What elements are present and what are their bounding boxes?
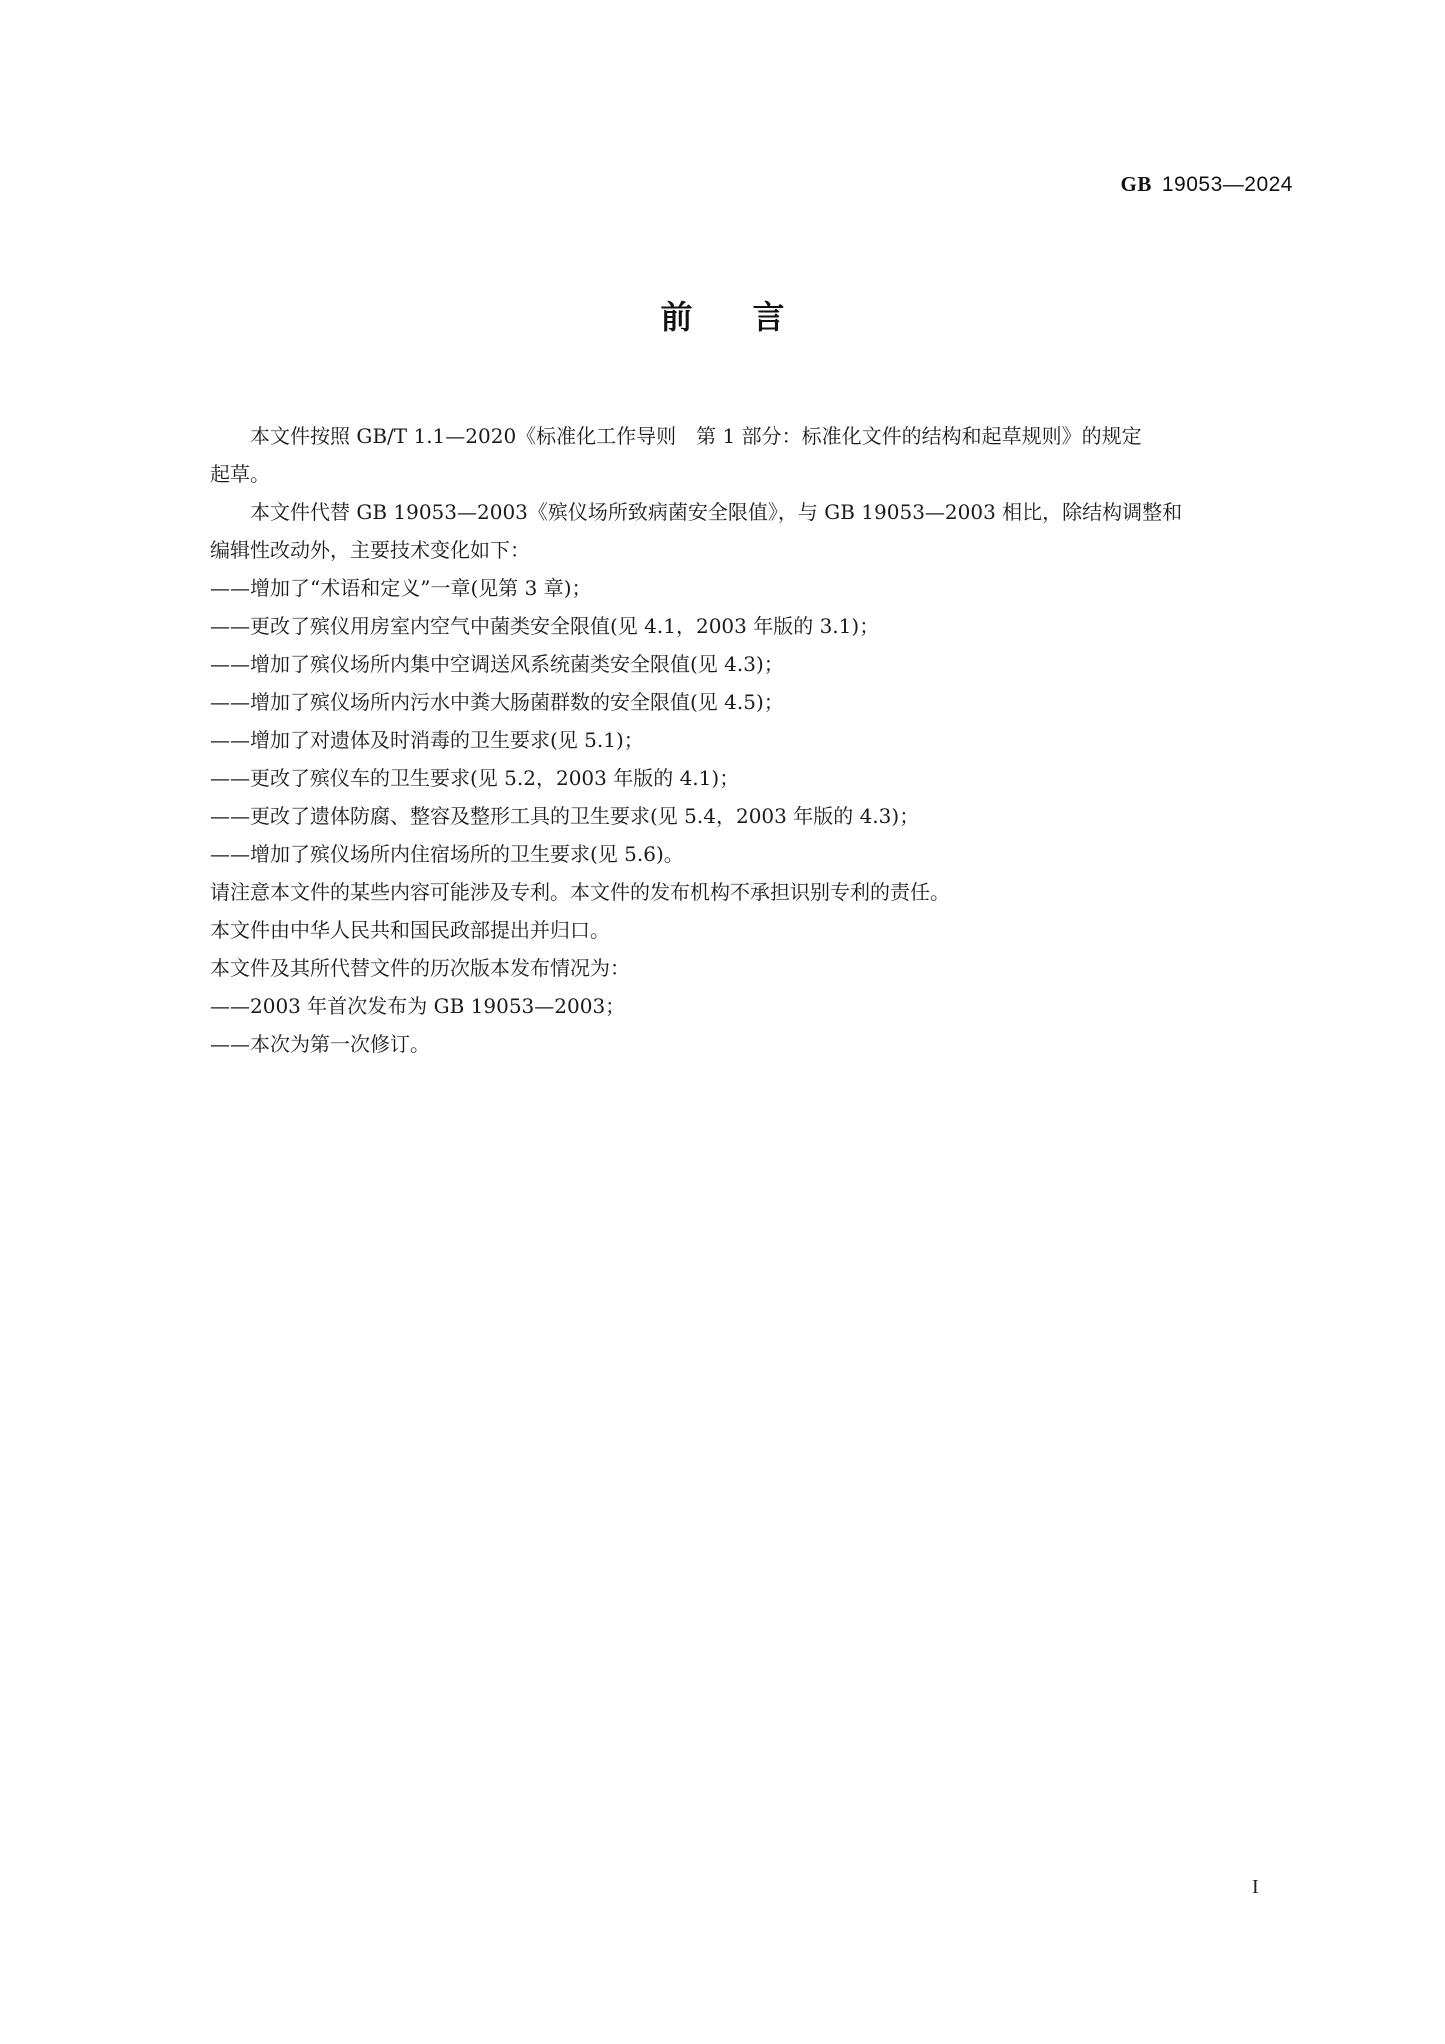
history-list: ——2003 年首次发布为 GB 19053—2003； ——本次为第一次修订。 [210, 987, 1292, 1063]
change-item: ——更改了殡仪用房室内空气中菌类安全限值(见 4.1，2003 年版的 3.1)… [210, 607, 1292, 645]
change-item: ——增加了殡仪场所内集中空调送风系统菌类安全限值(见 4.3)； [210, 645, 1292, 683]
changes-list: ——增加了“术语和定义”一章(见第 3 章)； ——更改了殡仪用房室内空气中菌类… [210, 569, 1292, 873]
notice-history-intro: 本文件及其所代替文件的历次版本发布情况为： [210, 949, 1292, 987]
notice-proposer: 本文件由中华人民共和国民政部提出并归口。 [210, 911, 1292, 949]
change-item: ——更改了殡仪车的卫生要求(见 5.2，2003 年版的 4.1)； [210, 759, 1292, 797]
change-item: ——增加了“术语和定义”一章(见第 3 章)； [210, 569, 1292, 607]
foreword-body: 本文件按照 GB/T 1.1—2020《标准化工作导则 第 1 部分：标准化文件… [210, 417, 1292, 1063]
paragraph-replacement: 本文件代替 GB 19053—2003《殡仪场所致病菌安全限值》，与 GB 19… [210, 493, 1292, 569]
history-item: ——本次为第一次修订。 [210, 1025, 1292, 1063]
change-item: ——增加了殡仪场所内住宿场所的卫生要求(见 5.6)。 [210, 835, 1292, 873]
page-title: 前言 [0, 292, 1445, 338]
notices: 请注意本文件的某些内容可能涉及专利。本文件的发布机构不承担识别专利的责任。 本文… [210, 873, 1292, 987]
standard-code: GB19053—2024 [1121, 172, 1293, 197]
change-item: ——增加了殡仪场所内污水中粪大肠菌群数的安全限值(见 4.5)； [210, 683, 1292, 721]
paragraph-drafting: 本文件按照 GB/T 1.1—2020《标准化工作导则 第 1 部分：标准化文件… [210, 417, 1292, 493]
page-number: I [1252, 1876, 1259, 1899]
text-line: 编辑性改动外，主要技术变化如下： [210, 531, 1292, 569]
notice-patent: 请注意本文件的某些内容可能涉及专利。本文件的发布机构不承担识别专利的责任。 [210, 873, 1292, 911]
text-line: 起草。 [210, 455, 1292, 493]
history-item: ——2003 年首次发布为 GB 19053—2003； [210, 987, 1292, 1025]
change-item: ——更改了遗体防腐、整容及整形工具的卫生要求(见 5.4，2003 年版的 4.… [210, 797, 1292, 835]
text-line: 本文件按照 GB/T 1.1—2020《标准化工作导则 第 1 部分：标准化文件… [210, 417, 1292, 455]
standard-number: 19053—2024 [1162, 173, 1293, 196]
change-item: ——增加了对遗体及时消毒的卫生要求(见 5.1)； [210, 721, 1292, 759]
standard-prefix: GB [1121, 172, 1152, 196]
text-line: 本文件代替 GB 19053—2003《殡仪场所致病菌安全限值》，与 GB 19… [210, 493, 1292, 531]
